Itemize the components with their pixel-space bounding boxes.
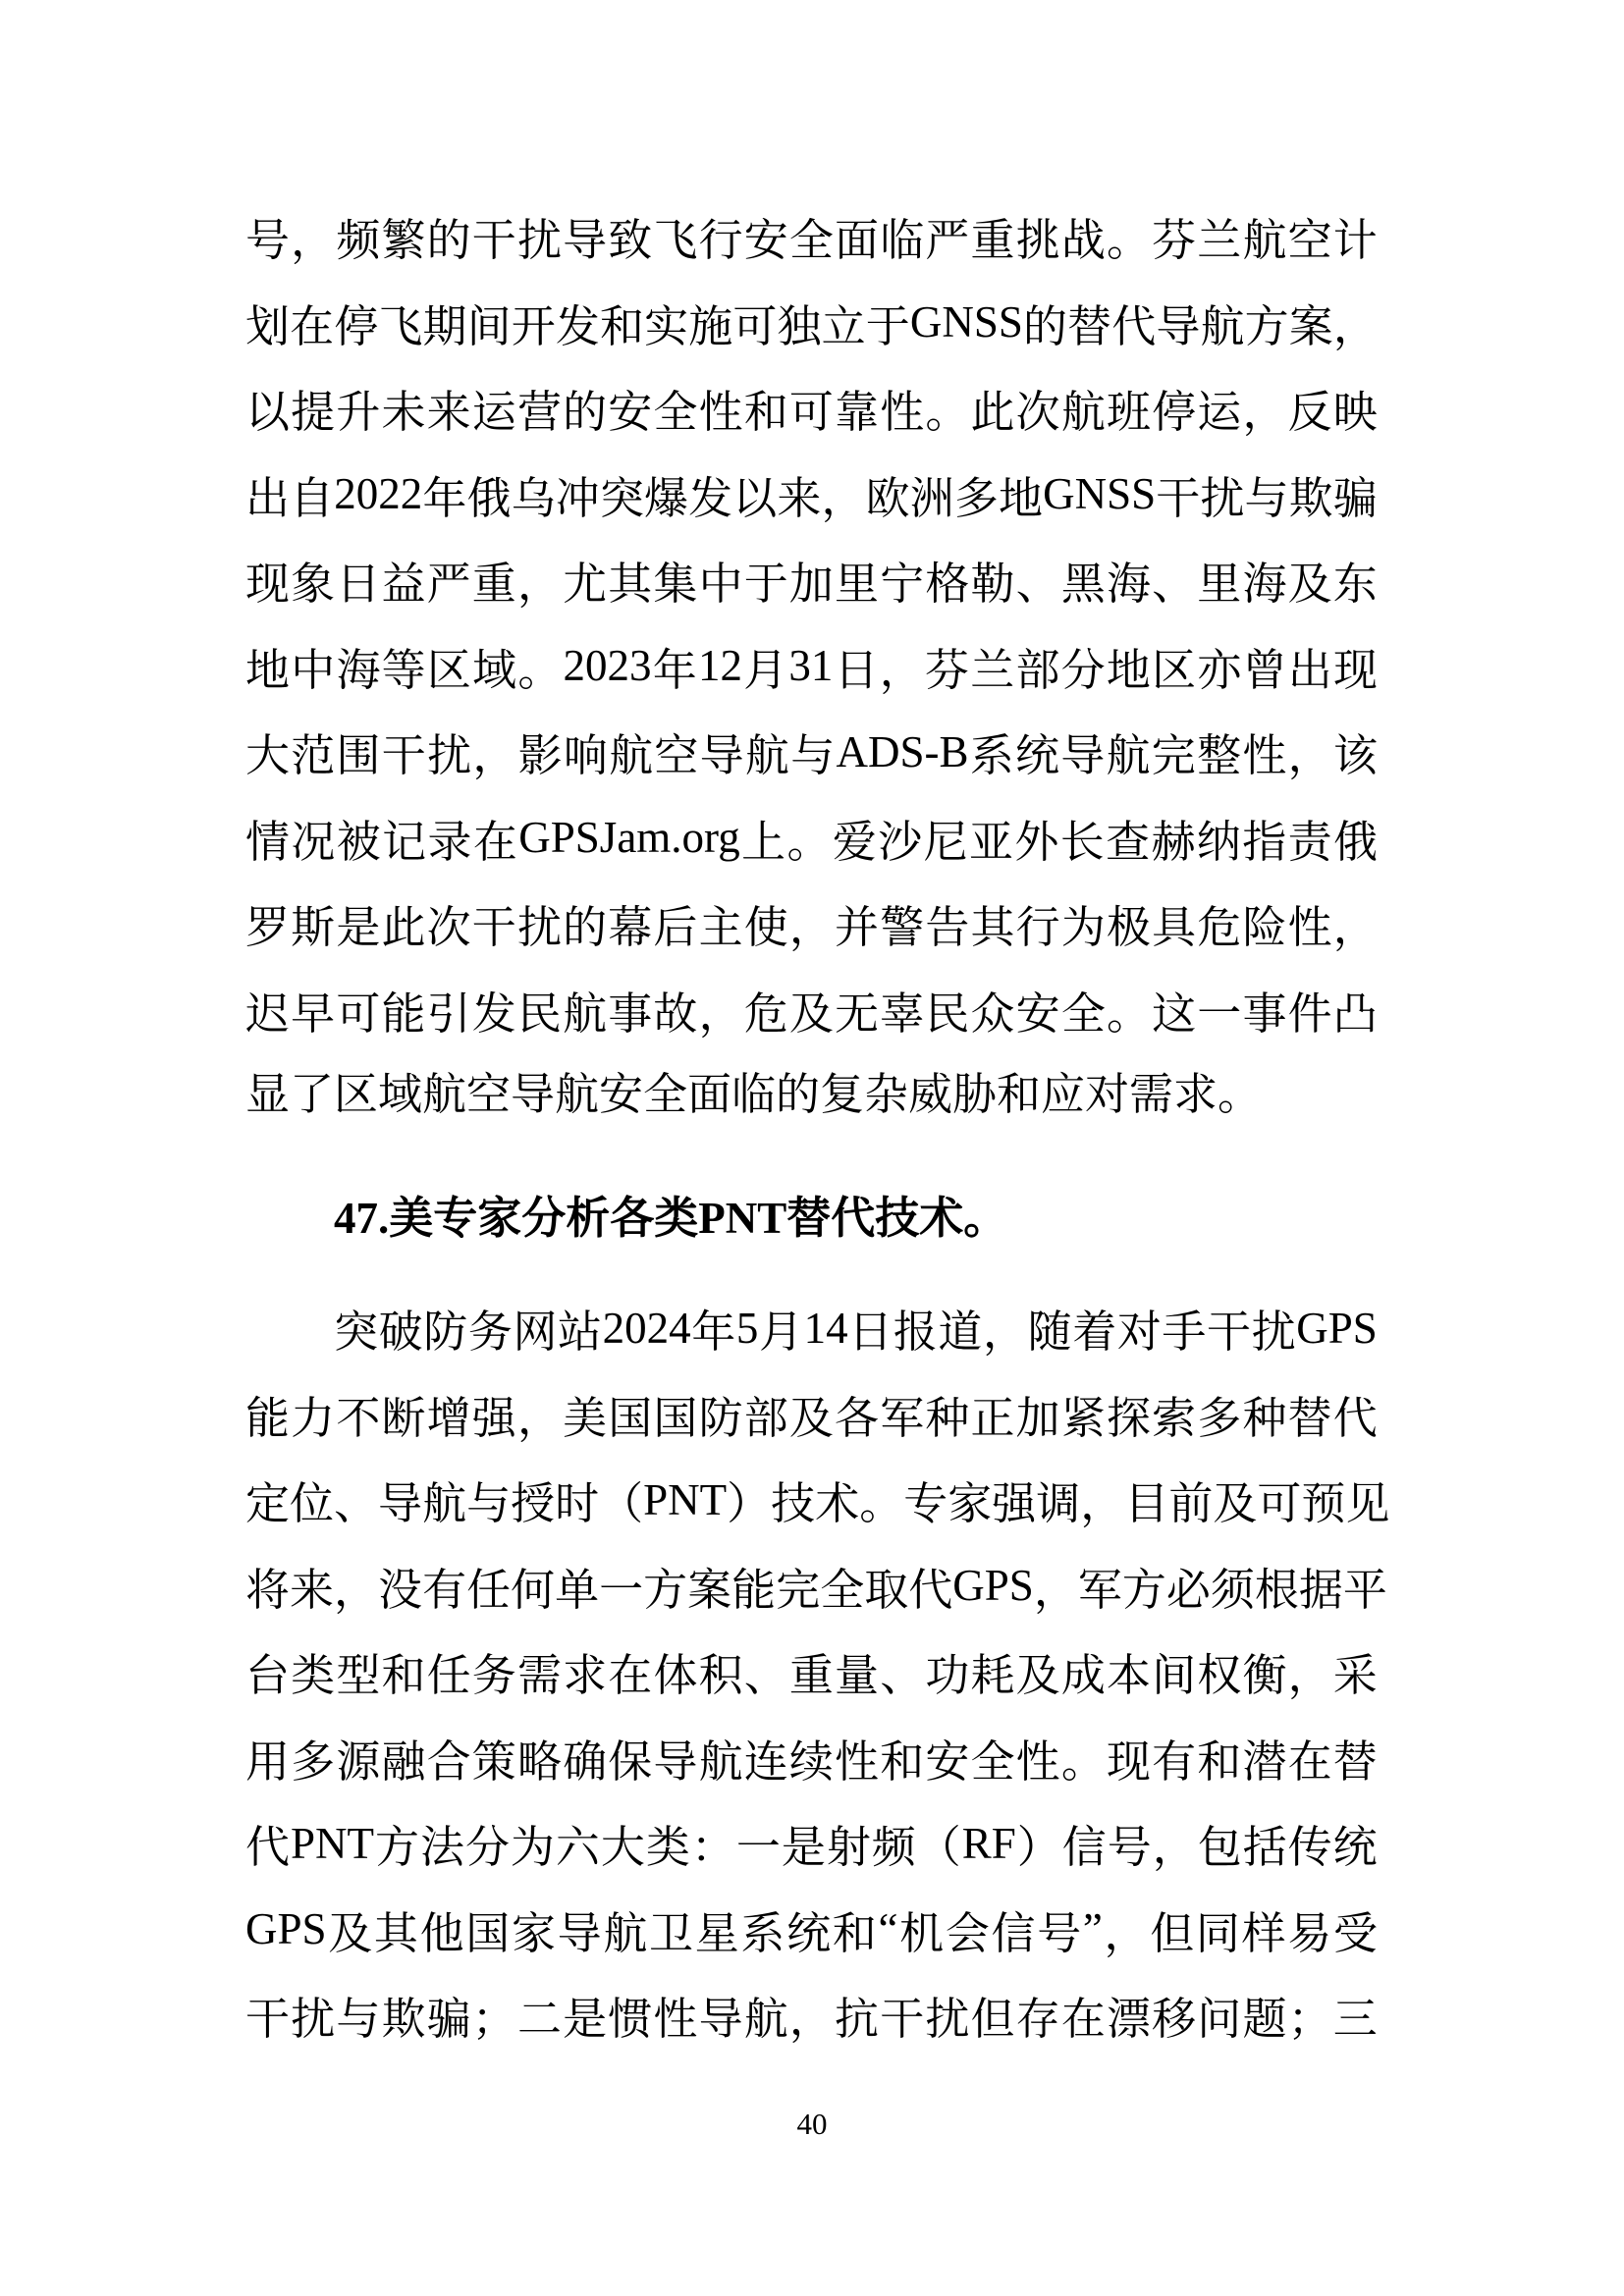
text-line: 以提升未来运营的安全性和可靠性。此次航班停运，反映 [245,365,1378,452]
text-line: 用多源融合策略确保导航连续性和安全性。现有和潜在替 [245,1715,1378,1801]
text-line: 台类型和任务需求在体积、重量、功耗及成本间权衡，采 [245,1629,1378,1715]
text-line: 地中海等区域。2023年12月31日，芬兰部分地区亦曾出现 [245,623,1378,710]
text-line: 能力不断增强，美国国防部及各军种正加紧探索多种替代 [245,1371,1378,1458]
text-line: 突破防务网站2024年5月14日报道，随着对手干扰GPS [245,1285,1378,1371]
text-line: 罗斯是此次干扰的幕后主使，并警告其行为极具危险性， [245,881,1378,967]
text-line: 划在停飞期间开发和实施可独立于GNSS的替代导航方案， [245,280,1378,366]
text-line: 定位、导航与授时（PNT）技术。专家强调，目前及可预见 [245,1457,1378,1543]
page-number: 40 [0,2104,1624,2145]
text-line: 情况被记录在GPSJam.org上。爱沙尼亚外长查赫纳指责俄 [245,795,1378,881]
text-line: 号，频繁的干扰导致飞行安全面临严重挑战。芬兰航空计 [245,193,1378,280]
paragraph-body: 突破防务网站2024年5月14日报道，随着对手干扰GPS能力不断增强，美国国防部… [245,1285,1378,2058]
document-page: 号，频繁的干扰导致飞行安全面临严重挑战。芬兰航空计划在停飞期间开发和实施可独立于… [0,0,1624,2296]
text-line: 显了区域航空导航安全面临的复杂威胁和应对需求。 [245,1052,1378,1139]
text-line: 出自2022年俄乌冲突爆发以来，欧洲多地GNSS干扰与欺骗 [245,452,1378,538]
text-line: 将来，没有任何单一方案能完全取代GPS，军方必须根据平 [245,1543,1378,1629]
text-line: 现象日益严重，尤其集中于加里宁格勒、黑海、里海及东 [245,537,1378,623]
paragraph-continuation: 号，频繁的干扰导致飞行安全面临严重挑战。芬兰航空计划在停飞期间开发和实施可独立于… [245,193,1378,1139]
text-line: 大范围干扰，影响航空导航与ADS-B系统导航完整性，该 [245,709,1378,795]
text-line: 迟早可能引发民航事故，危及无辜民众安全。这一事件凸 [245,967,1378,1053]
text-line: GPS及其他国家导航卫星系统和“机会信号”，但同样易受 [245,1887,1378,1973]
section-heading-47: 47.美专家分析各类PNT替代技术。 [245,1176,1466,1262]
text-line: 代PNT方法分为六大类：一是射频（RF）信号，包括传统 [245,1800,1378,1887]
text-line: 干扰与欺骗；二是惯性导航，抗干扰但存在漂移问题；三 [245,1972,1378,2058]
